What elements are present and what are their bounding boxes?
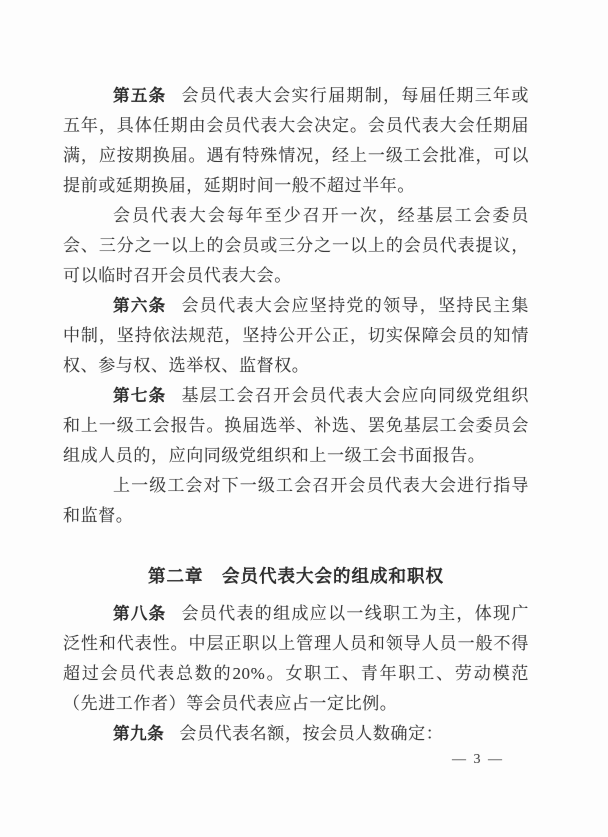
paragraph-article-7-cont: 上一级工会对下一级工会召开会员代表大会进行指导和监督。 [63, 471, 529, 531]
page-number: — 3 — [452, 749, 532, 771]
paragraph-article-8: 第八条会员代表的组成应以一线职工为主，体现广泛性和代表性。中层正职以上管理人员和… [63, 599, 529, 719]
document-page: 第五条会员代表大会实行届期制，每届任期三年或五年，具体任期由会员代表大会决定。会… [0, 0, 608, 837]
article-number: 第五条 [113, 87, 166, 105]
paragraph-article-6: 第六条会员代表大会应坚持党的领导，坚持民主集中制，坚持依法规范，坚持公开公正，切… [63, 291, 529, 381]
document-body: 第五条会员代表大会实行届期制，每届任期三年或五年，具体任期由会员代表大会决定。会… [63, 81, 529, 749]
article-number: 第九条 [113, 725, 164, 743]
paragraph-article-9: 第九条会员代表名额，按会员人数确定： [63, 719, 529, 749]
paragraph-article-7: 第七条基层工会召开会员代表大会应向同级党组织和上一级工会报告。换届选举、补选、罢… [63, 381, 529, 471]
paragraph-text: 会员代表大会每年至少召开一次，经基层工会委员会、三分之一以上的会员或三分之一以上… [63, 206, 529, 285]
paragraph-text: 会员代表名额，按会员人数确定： [179, 724, 443, 743]
article-number: 第八条 [113, 605, 166, 623]
chapter-heading: 第二章 会员代表大会的组成和职权 [63, 561, 529, 591]
paragraph-text: 上一级工会对下一级工会召开会员代表大会进行指导和监督。 [63, 476, 529, 525]
paragraph-article-5-cont: 会员代表大会每年至少召开一次，经基层工会委员会、三分之一以上的会员或三分之一以上… [63, 201, 529, 291]
article-number: 第六条 [113, 297, 166, 315]
paragraph-article-5: 第五条会员代表大会实行届期制，每届任期三年或五年，具体任期由会员代表大会决定。会… [63, 81, 529, 201]
article-number: 第七条 [113, 387, 166, 405]
